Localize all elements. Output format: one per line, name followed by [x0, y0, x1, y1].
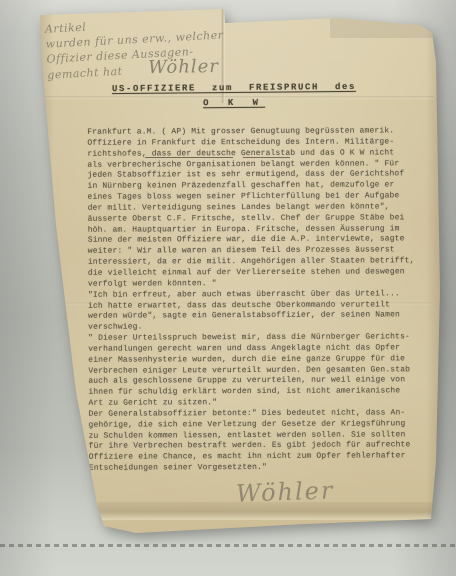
document-subtitle: O K W [88, 97, 380, 110]
typewriter-underline [145, 157, 233, 158]
document-title-block: US-OFFIZIERE zum FREISPRUCH des O K W [88, 82, 380, 110]
document-body: Frankfurt a.M. ( AP) Mit grosser Genugtu… [87, 126, 425, 474]
paragraph: "Ich bin erfreut, aber auch etwas überra… [88, 289, 424, 334]
photo-background: Artikel wurden für uns erw., welcher Off… [0, 0, 456, 576]
document-paper: Artikel wurden für uns erw., welcher Off… [0, 0, 456, 576]
handwritten-note: Artikel wurden für uns erw., welcher Off… [45, 10, 268, 82]
paper-crease [426, 24, 440, 522]
paper-shadow: Artikel wurden für uns erw., welcher Off… [0, 0, 456, 576]
paragraph: Der Generalstabsoffizier betonte:" Dies … [88, 408, 424, 475]
paragraph: Frankfurt a.M. ( AP) Mit grosser Genugtu… [87, 126, 424, 290]
signature: Wöhler [236, 476, 335, 507]
paragraph: " Dieser Urteilsspruch beweist mir, dass… [88, 332, 424, 409]
paper-crease [330, 16, 434, 38]
paper-crease [38, 14, 54, 526]
document-title: US-OFFIZIERE zum FREISPRUCH des [88, 82, 380, 95]
typewriter-underline [243, 157, 290, 158]
handwritten-signature-top: Wöhler [148, 59, 219, 76]
